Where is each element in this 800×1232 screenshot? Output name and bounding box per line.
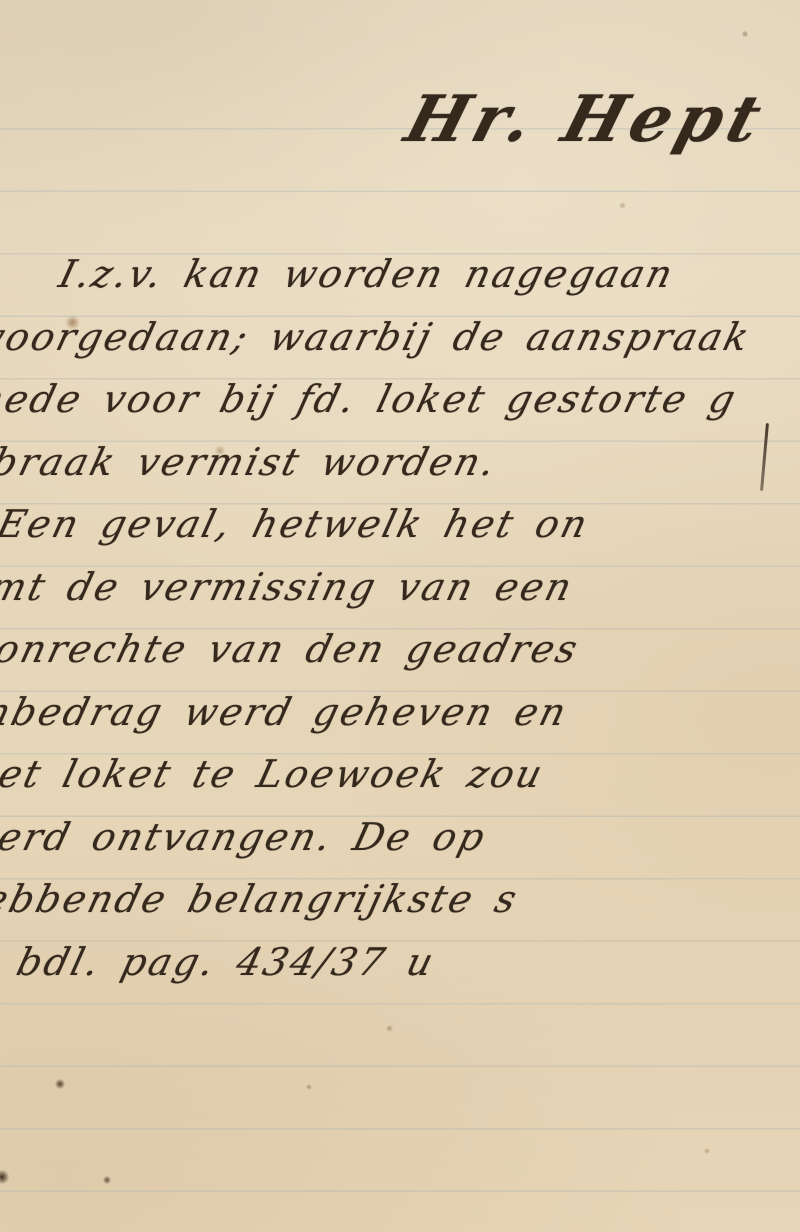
- manuscript-line: mede voor bij fd. loket gestorte g: [0, 368, 800, 431]
- manuscript-line: aan het loket te Loewoek zou: [0, 743, 800, 806]
- manuscript-line: I.z.v. kan worden nagegaan: [0, 243, 800, 306]
- manuscript-heading: Hr. Hept: [397, 82, 775, 157]
- manuscript-line: Een geval, hetwelk het on: [0, 493, 800, 556]
- fox-spot: [619, 202, 626, 209]
- manuscript-line: king hebbende belangrijkste s: [0, 868, 800, 931]
- manuscript-page: Hr. Hept I.z.v. kan worden nagegaan voor…: [0, 0, 800, 1232]
- fox-spot: [55, 1079, 65, 1089]
- manuscript-line: volgden bdl. pag. 434/37 u: [0, 931, 795, 994]
- manuscript-line: niet werd ontvangen. De op: [0, 806, 800, 869]
- fox-spot: [103, 1176, 111, 1184]
- fox-spot: [742, 30, 748, 38]
- manuscript-line: ten onrechte van den geadres: [0, 618, 800, 681]
- manuscript-body: I.z.v. kan worden nagegaan voorgedaan; w…: [0, 243, 800, 993]
- fox-spot: [306, 1084, 312, 1090]
- fox-spot: [386, 1025, 393, 1032]
- manuscript-line: inbraak vermist worden.: [0, 431, 800, 494]
- manuscript-line: vormt de vermissing van een: [0, 556, 800, 619]
- fox-spot: [704, 1148, 710, 1154]
- fox-spot: [0, 1170, 9, 1184]
- manuscript-line: rekenbedrag werd geheven en: [0, 681, 800, 744]
- manuscript-line: voorgedaan; waarbij de aanspraak: [0, 306, 800, 369]
